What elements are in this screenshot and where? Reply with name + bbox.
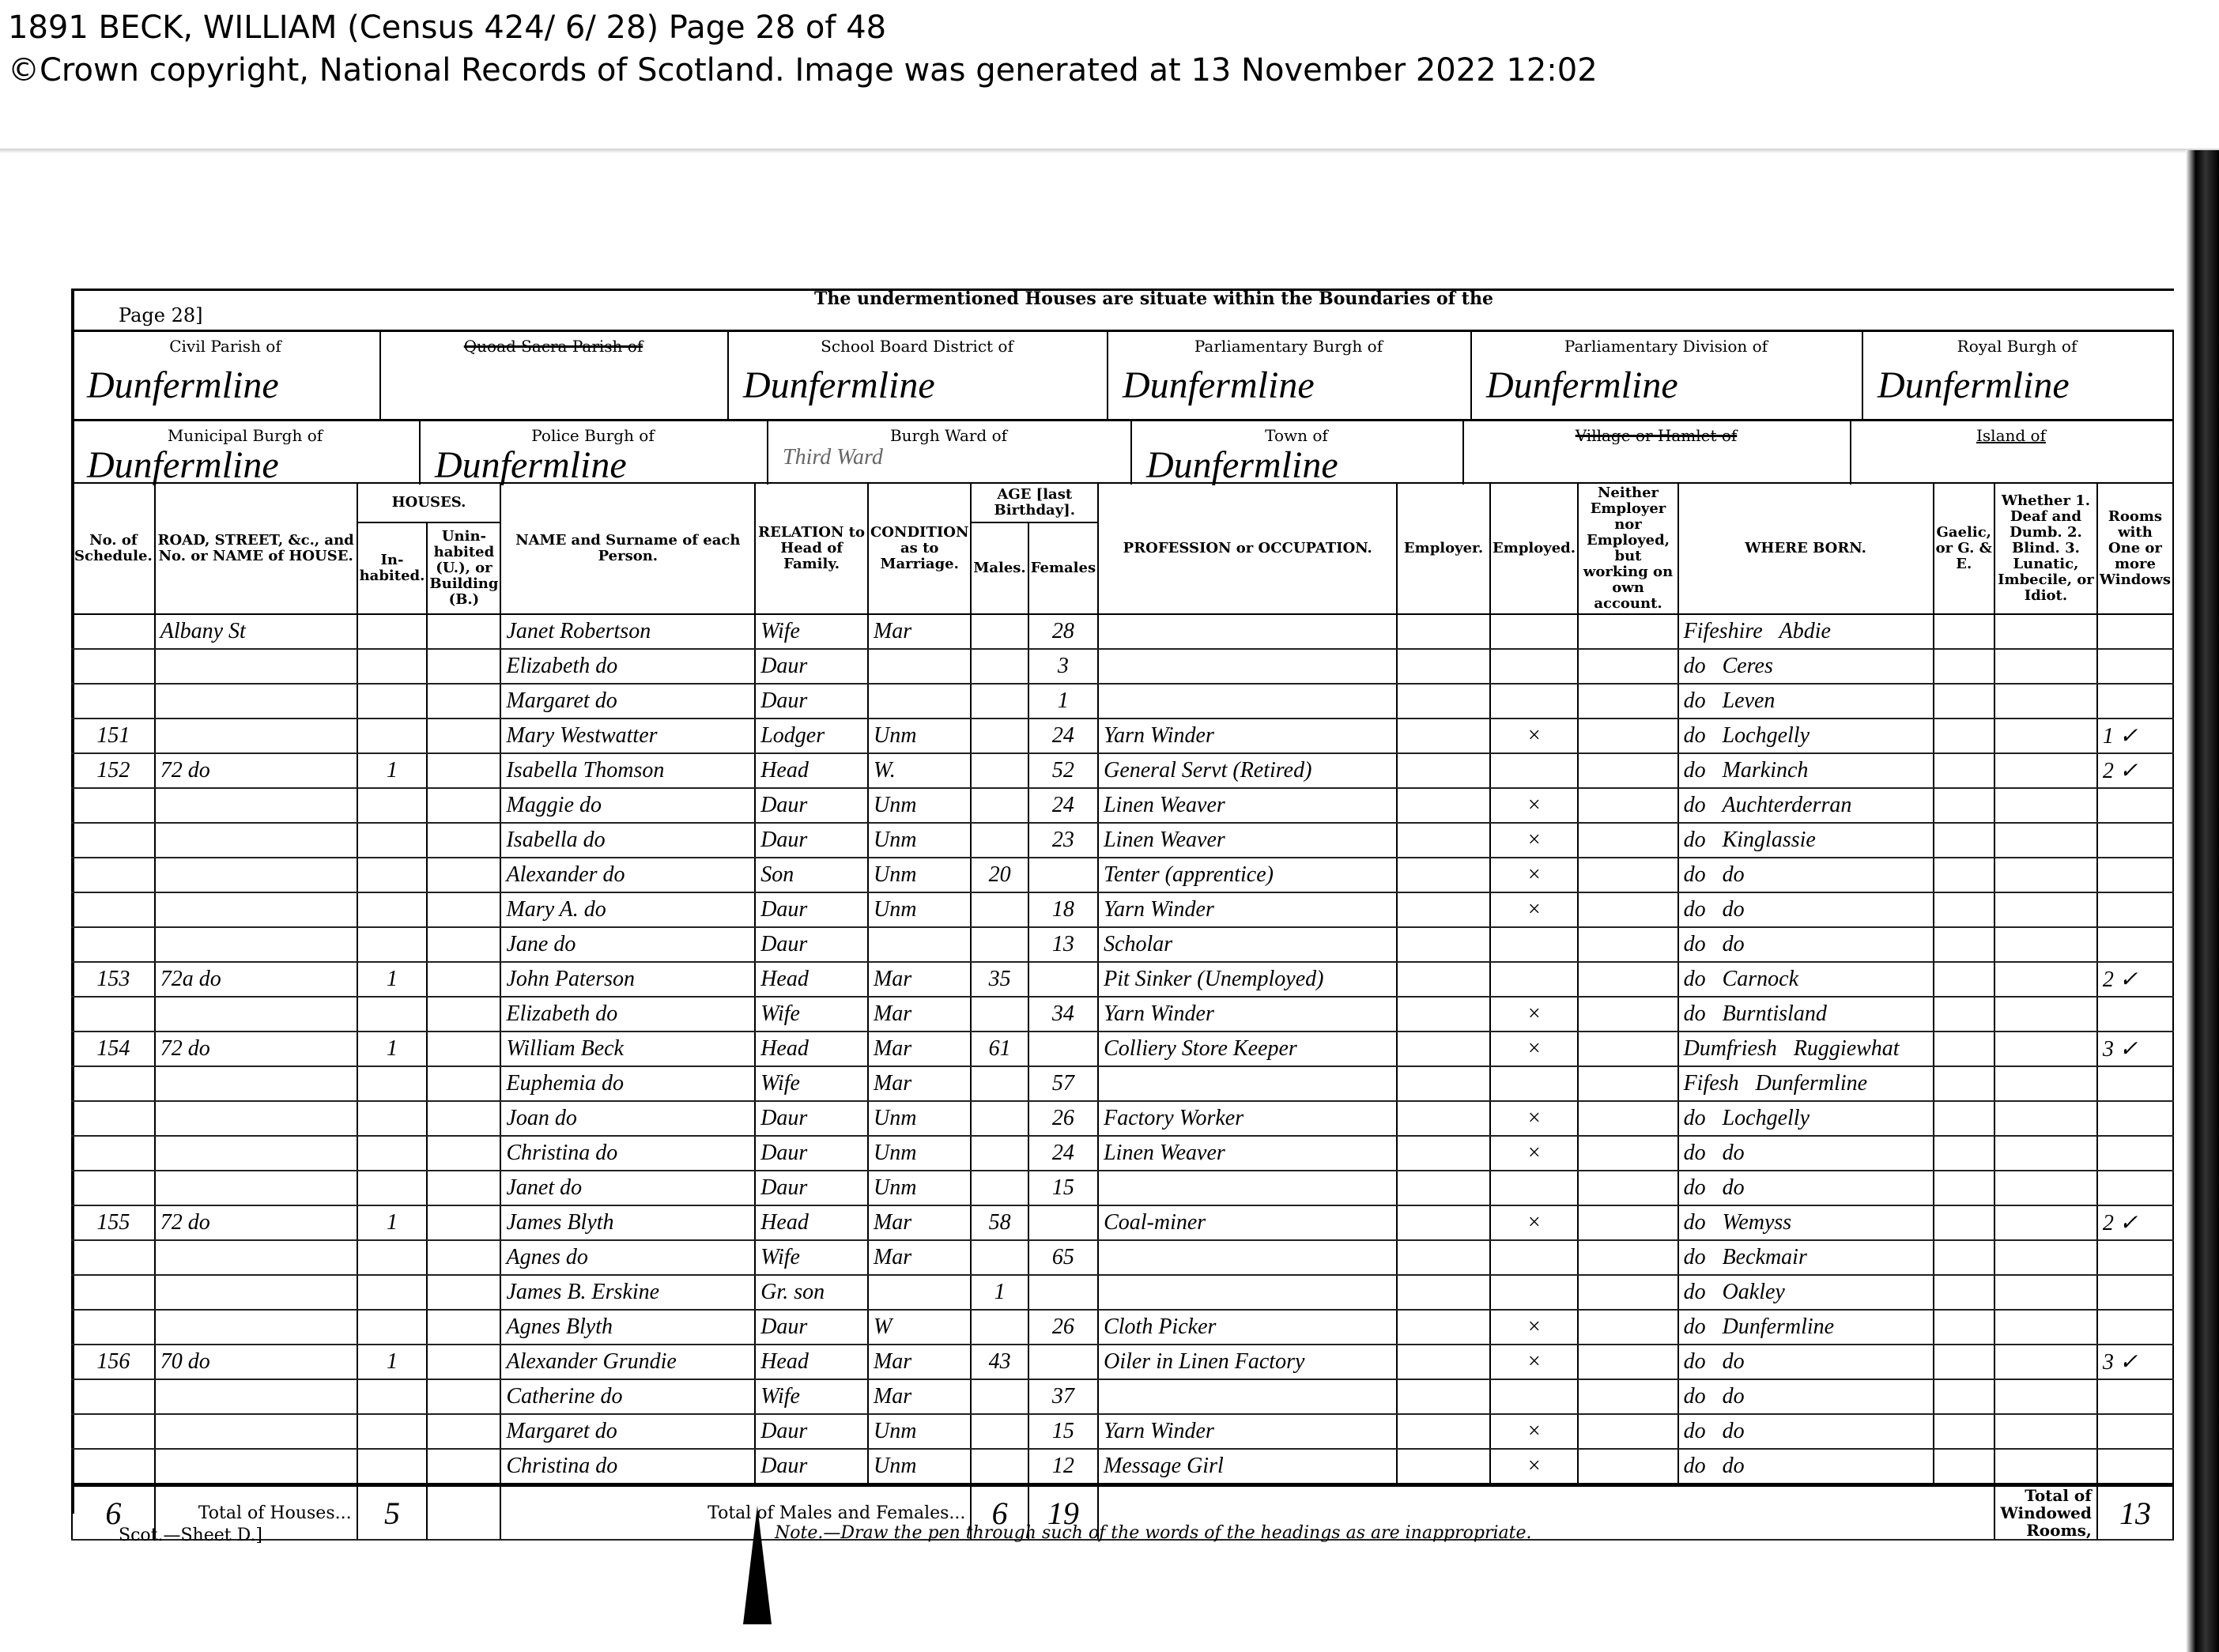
employed (1490, 962, 1579, 997)
schedule-number (72, 892, 155, 927)
island-box: Island of (1850, 421, 2174, 485)
born-parish: Lochgelly (1723, 1106, 1810, 1130)
age-female: 15 (1028, 1414, 1098, 1449)
col-rooms: Rooms with One or more Windows (2097, 483, 2173, 614)
rooms: 2 ✓ (2097, 753, 2173, 788)
employer (1397, 997, 1489, 1032)
infirmity (1994, 684, 2097, 719)
gaelic (1934, 1449, 1994, 1485)
employed: × (1490, 1310, 1579, 1345)
born-parish: do (1723, 932, 1745, 956)
relation: Daur (755, 788, 868, 823)
own-account (1578, 684, 1677, 719)
census-row: Jane do Daur 13 Scholar do do (72, 927, 2173, 962)
infirmity (1994, 1345, 2097, 1379)
rooms (2097, 1101, 2173, 1136)
condition (868, 684, 971, 719)
relation: Daur (755, 1136, 868, 1171)
schedule-number (72, 788, 155, 823)
where-born: do do (1678, 927, 1934, 962)
employer (1397, 1136, 1489, 1171)
address (155, 1136, 357, 1171)
infirmity (1994, 997, 2097, 1032)
rooms (2097, 684, 2173, 719)
age-female: 24 (1028, 1136, 1098, 1171)
census-sheet: Page 28] The undermentioned Houses are s… (71, 289, 2174, 1537)
value: Dunfermline (87, 443, 279, 487)
relation: Gr. son (755, 1275, 868, 1310)
address (155, 1310, 357, 1345)
employer (1397, 823, 1489, 858)
person-name: Maggie do (500, 788, 755, 823)
occupation: Oiler in Linen Factory (1098, 1345, 1397, 1379)
condition (868, 927, 971, 962)
address (155, 788, 357, 823)
census-row: Alexander do Son Unm 20 Tenter (apprenti… (72, 858, 2173, 892)
age-female (1028, 962, 1098, 997)
person-name: Christina do (500, 1136, 755, 1171)
condition: Unm (868, 719, 971, 753)
uninhabited (427, 1032, 500, 1066)
own-account (1578, 1032, 1677, 1066)
employed (1490, 614, 1579, 649)
born-county: do (1684, 828, 1706, 852)
address: 72 do (155, 1205, 357, 1240)
col-males: Males. (971, 522, 1028, 614)
employer (1397, 1414, 1489, 1449)
col-occupation: PROFESSION or OCCUPATION. (1098, 483, 1397, 614)
col-schedule: No. of Schedule. (72, 483, 155, 614)
own-account (1578, 1379, 1677, 1414)
born-county: do (1684, 1280, 1706, 1304)
census-row: 153 72a do 1 John Paterson Head Mar 35 P… (72, 962, 2173, 997)
total-rooms-label: Total of Windowed Rooms, (1994, 1485, 2097, 1541)
own-account (1578, 1414, 1677, 1449)
census-row: Elizabeth do Wife Mar 34 Yarn Winder × d… (72, 997, 2173, 1032)
uninhabited (427, 927, 500, 962)
address: Albany St (155, 614, 357, 649)
schedule-number (72, 1414, 155, 1449)
col-employed: Employed. (1490, 483, 1579, 614)
schedule-number (72, 1066, 155, 1101)
label: Quoad Sacra Parish of (379, 337, 727, 356)
address (155, 1275, 357, 1310)
person-name: James Blyth (500, 1205, 755, 1240)
quoad-sacra-box: Quoad Sacra Parish of (379, 332, 729, 419)
occupation (1098, 614, 1397, 649)
schedule-number (72, 927, 155, 962)
age-male (971, 997, 1028, 1032)
age-female: 18 (1028, 892, 1098, 927)
employed (1490, 649, 1579, 684)
employer (1397, 1275, 1489, 1310)
address (155, 1240, 357, 1275)
occupation: General Servt (Retired) (1098, 753, 1397, 788)
relation: Daur (755, 823, 868, 858)
age-male (971, 684, 1028, 719)
inhabited (357, 1275, 428, 1310)
employer (1397, 962, 1489, 997)
born-county: Fifeshire (1684, 619, 1763, 643)
relation: Daur (755, 1414, 868, 1449)
inhabited: 1 (357, 1032, 428, 1066)
age-male (971, 788, 1028, 823)
occupation: Linen Weaver (1098, 823, 1397, 858)
col-name: NAME and Surname of each Person. (500, 483, 755, 614)
label: Burgh Ward of (767, 426, 1130, 445)
label: Village or Hamlet of (1462, 426, 1850, 445)
inhabited (357, 1449, 428, 1485)
occupation: Linen Weaver (1098, 788, 1397, 823)
occupation: Scholar (1098, 927, 1397, 962)
born-parish: Leven (1723, 688, 1776, 713)
rooms: 2 ✓ (2097, 962, 2173, 997)
relation: Daur (755, 927, 868, 962)
col-uninhabited: Unin-habited (U.), or Building (B.) (427, 522, 500, 614)
age-male (971, 1310, 1028, 1345)
where-born: do Burntisland (1678, 997, 1934, 1032)
age-female: 57 (1028, 1066, 1098, 1101)
where-born: do Markinch (1678, 753, 1934, 788)
inhabited (357, 1101, 428, 1136)
address (155, 892, 357, 927)
born-parish: do (1723, 862, 1745, 887)
born-county: Dumfriesh (1684, 1036, 1777, 1061)
condition: Unm (868, 823, 971, 858)
scan-edge (0, 149, 2219, 153)
own-account (1578, 753, 1677, 788)
infirmity (1994, 614, 2097, 649)
census-row: 154 72 do 1 William Beck Head Mar 61 Col… (72, 1032, 2173, 1066)
uninhabited (427, 1136, 500, 1171)
uninhabited (427, 649, 500, 684)
rooms (2097, 1414, 2173, 1449)
born-parish: Markinch (1723, 758, 1809, 783)
age-male (971, 1240, 1028, 1275)
born-county: do (1684, 862, 1706, 887)
age-male (971, 927, 1028, 962)
infirmity (1994, 858, 2097, 892)
occupation: Colliery Store Keeper (1098, 1032, 1397, 1066)
own-account (1578, 858, 1677, 892)
occupation: Yarn Winder (1098, 892, 1397, 927)
uninhabited (427, 684, 500, 719)
occupation: Factory Worker (1098, 1101, 1397, 1136)
binding-shadow (743, 1506, 772, 1624)
uninhabited (427, 1066, 500, 1101)
occupation: Yarn Winder (1098, 997, 1397, 1032)
age-male: 1 (971, 1275, 1028, 1310)
own-account (1578, 892, 1677, 927)
employer (1397, 1101, 1489, 1136)
age-male: 20 (971, 858, 1028, 892)
col-employer: Employer. (1397, 483, 1489, 614)
condition: Mar (868, 1066, 971, 1101)
gaelic (1934, 1310, 1994, 1345)
where-born: Dumfriesh Ruggiewhat (1678, 1032, 1934, 1066)
own-account (1578, 649, 1677, 684)
infirmity (1994, 1414, 2097, 1449)
person-name: Euphemia do (500, 1066, 755, 1101)
age-female: 13 (1028, 927, 1098, 962)
gaelic (1934, 927, 1994, 962)
condition (868, 1275, 971, 1310)
gaelic (1934, 753, 1994, 788)
person-name: William Beck (500, 1032, 755, 1066)
occupation: Yarn Winder (1098, 719, 1397, 753)
col-inhabited: In-habited. (357, 522, 428, 614)
person-name: Mary A. do (500, 892, 755, 927)
infirmity (1994, 1171, 2097, 1205)
own-account (1578, 1066, 1677, 1101)
born-parish: do (1723, 1349, 1745, 1374)
age-female (1028, 858, 1098, 892)
occupation (1098, 1066, 1397, 1101)
parliamentary-division-box: Parliamentary Division of Dunfermline (1470, 332, 1863, 419)
age-female: 3 (1028, 649, 1098, 684)
employer (1397, 1310, 1489, 1345)
relation: Daur (755, 1310, 868, 1345)
relation: Head (755, 1032, 868, 1066)
address: 72a do (155, 962, 357, 997)
age-male (971, 719, 1028, 753)
person-name: Margaret do (500, 1414, 755, 1449)
label: School Board District of (727, 337, 1107, 356)
born-parish: do (1723, 1384, 1745, 1409)
person-name: Elizabeth do (500, 649, 755, 684)
census-row: Joan do Daur Unm 26 Factory Worker × do … (72, 1101, 2173, 1136)
age-female: 26 (1028, 1310, 1098, 1345)
own-account (1578, 1101, 1677, 1136)
census-row: 155 72 do 1 James Blyth Head Mar 58 Coal… (72, 1205, 2173, 1240)
age-male (971, 614, 1028, 649)
occupation (1098, 1240, 1397, 1275)
empty-cell (427, 1485, 500, 1541)
inhabited (357, 1310, 428, 1345)
age-female: 52 (1028, 753, 1098, 788)
label: Parliamentary Division of (1470, 337, 1862, 356)
age-female: 12 (1028, 1449, 1098, 1485)
address (155, 1379, 357, 1414)
relation: Wife (755, 997, 868, 1032)
col-condition: CONDITION as to Marriage. (868, 483, 971, 614)
inhabited (357, 858, 428, 892)
gaelic (1934, 1414, 1994, 1449)
value: Dunfermline (87, 364, 279, 407)
civil-parish-box: Civil Parish of Dunfermline (71, 332, 381, 419)
employed: × (1490, 1449, 1579, 1485)
where-born: do do (1678, 1171, 1934, 1205)
condition: Unm (868, 892, 971, 927)
age-female: 24 (1028, 719, 1098, 753)
condition: Unm (868, 788, 971, 823)
where-born: do do (1678, 858, 1934, 892)
sheet-footer-note: Note.—Draw the pen through such of the w… (775, 1523, 1531, 1543)
gaelic (1934, 1205, 1994, 1240)
address (155, 1171, 357, 1205)
census-row: Margaret do Daur Unm 15 Yarn Winder × do… (72, 1414, 2173, 1449)
occupation: Coal-miner (1098, 1205, 1397, 1240)
label: Town of (1130, 426, 1462, 445)
census-row: Albany St Janet Robertson Wife Mar 28 Fi… (72, 614, 2173, 649)
employer (1397, 1066, 1489, 1101)
address (155, 719, 357, 753)
employed: × (1490, 788, 1579, 823)
employed: × (1490, 823, 1579, 858)
employer (1397, 1205, 1489, 1240)
own-account (1578, 1240, 1677, 1275)
schedule-number: 152 (72, 753, 155, 788)
address: 72 do (155, 753, 357, 788)
born-parish: Dunfermline (1723, 1314, 1835, 1339)
occupation: Message Girl (1098, 1449, 1397, 1485)
where-born: do Leven (1678, 684, 1934, 719)
copyright-line: ©Crown copyright, National Records of Sc… (8, 49, 1598, 92)
employed (1490, 927, 1579, 962)
born-county: do (1684, 1210, 1706, 1235)
person-name: Jane do (500, 927, 755, 962)
page-binding-edge (2186, 150, 2219, 1652)
own-account (1578, 1449, 1677, 1485)
census-row: Isabella do Daur Unm 23 Linen Weaver × d… (72, 823, 2173, 858)
label: Island of (1850, 426, 2172, 445)
relation: Wife (755, 1066, 868, 1101)
gaelic (1934, 823, 1994, 858)
gaelic (1934, 1066, 1994, 1101)
age-male: 35 (971, 962, 1028, 997)
uninhabited (427, 1275, 500, 1310)
employed (1490, 1171, 1579, 1205)
address (155, 649, 357, 684)
employed: × (1490, 1101, 1579, 1136)
condition: Mar (868, 1240, 971, 1275)
column-header-row: No. of Schedule. ROAD, STREET, &c., and … (72, 483, 2173, 522)
label: Civil Parish of (71, 337, 379, 356)
col-relation: RELATION to Head of Family. (755, 483, 868, 614)
census-row: 152 72 do 1 Isabella Thomson Head W. 52 … (72, 753, 2173, 788)
employer (1397, 1240, 1489, 1275)
employer (1397, 788, 1489, 823)
condition (868, 649, 971, 684)
gaelic (1934, 997, 1994, 1032)
census-row: Euphemia do Wife Mar 57 Fifesh Dunfermli… (72, 1066, 2173, 1101)
col-own-account: Neither Employer nor Employed, but worki… (1578, 483, 1677, 614)
schedule-number (72, 649, 155, 684)
employer (1397, 1379, 1489, 1414)
where-born: do Auchterderran (1678, 788, 1934, 823)
age-female (1028, 1345, 1098, 1379)
condition: W. (868, 753, 971, 788)
inhabited (357, 649, 428, 684)
condition: Mar (868, 1032, 971, 1066)
inhabited (357, 684, 428, 719)
where-born: do Kinglassie (1678, 823, 1934, 858)
census-row: Janet do Daur Unm 15 do do (72, 1171, 2173, 1205)
infirmity (1994, 892, 2097, 927)
age-female: 24 (1028, 788, 1098, 823)
col-houses: HOUSES. (357, 483, 501, 522)
inhabited (357, 1379, 428, 1414)
employed: × (1490, 1032, 1579, 1066)
census-row: Christina do Daur Unm 12 Message Girl × … (72, 1449, 2173, 1485)
where-born: do do (1678, 1449, 1934, 1485)
born-parish: Lochgelly (1723, 723, 1810, 748)
gaelic (1934, 649, 1994, 684)
rooms (2097, 1379, 2173, 1414)
employer (1397, 614, 1489, 649)
born-county: do (1684, 1001, 1706, 1026)
occupation: Pit Sinker (Unemployed) (1098, 962, 1397, 997)
royal-burgh-box: Royal Burgh of Dunfermline (1862, 332, 2174, 419)
value: Third Ward (783, 445, 883, 470)
gaelic (1934, 719, 1994, 753)
address: 72 do (155, 1032, 357, 1066)
born-county: do (1684, 967, 1706, 991)
employed (1490, 684, 1579, 719)
born-parish: Auchterderran (1723, 793, 1852, 817)
occupation (1098, 649, 1397, 684)
employed: × (1490, 1414, 1579, 1449)
own-account (1578, 823, 1677, 858)
age-male: 61 (971, 1032, 1028, 1066)
where-born: do Dunfermline (1678, 1310, 1934, 1345)
employed (1490, 1066, 1579, 1101)
inhabited (357, 823, 428, 858)
parliamentary-burgh-box: Parliamentary Burgh of Dunfermline (1107, 332, 1472, 419)
inhabited (357, 997, 428, 1032)
burgh-ward-box: Burgh Ward of Third Ward (767, 421, 1132, 485)
uninhabited (427, 892, 500, 927)
infirmity (1994, 1066, 2097, 1101)
condition: Unm (868, 1414, 971, 1449)
employed (1490, 1240, 1579, 1275)
inhabited (357, 788, 428, 823)
age-male: 43 (971, 1345, 1028, 1379)
page-label: Page 28] (119, 304, 202, 326)
record-title: 1891 BECK, WILLIAM (Census 424/ 6/ 28) P… (8, 6, 1598, 49)
occupation (1098, 1275, 1397, 1310)
value: Dunfermline (1123, 364, 1315, 407)
born-parish: do (1723, 1454, 1745, 1478)
employed: × (1490, 892, 1579, 927)
born-parish: do (1723, 1175, 1745, 1200)
own-account (1578, 614, 1677, 649)
boundaries-heading: The undermentioned Houses are situate wi… (814, 289, 1493, 309)
occupation: Tenter (apprentice) (1098, 858, 1397, 892)
relation: Son (755, 858, 868, 892)
born-parish: Ceres (1723, 654, 1773, 678)
own-account (1578, 1136, 1677, 1171)
employed: × (1490, 1205, 1579, 1240)
person-name: Alexander Grundie (500, 1345, 755, 1379)
infirmity (1994, 1449, 2097, 1485)
census-row: Margaret do Daur 1 do Leven (72, 684, 2173, 719)
rooms: 3 ✓ (2097, 1032, 2173, 1066)
born-parish: do (1723, 897, 1745, 922)
age-male (971, 1101, 1028, 1136)
address (155, 1066, 357, 1101)
born-county: do (1684, 932, 1706, 956)
employer (1397, 1345, 1489, 1379)
condition: Unm (868, 858, 971, 892)
own-account (1578, 1171, 1677, 1205)
employer (1397, 858, 1489, 892)
village-box: Village or Hamlet of (1462, 421, 1851, 485)
municipal-burgh-box: Municipal Burgh of Dunfermline (71, 421, 421, 485)
inhabited (357, 1171, 428, 1205)
rooms (2097, 649, 2173, 684)
inhabited (357, 614, 428, 649)
